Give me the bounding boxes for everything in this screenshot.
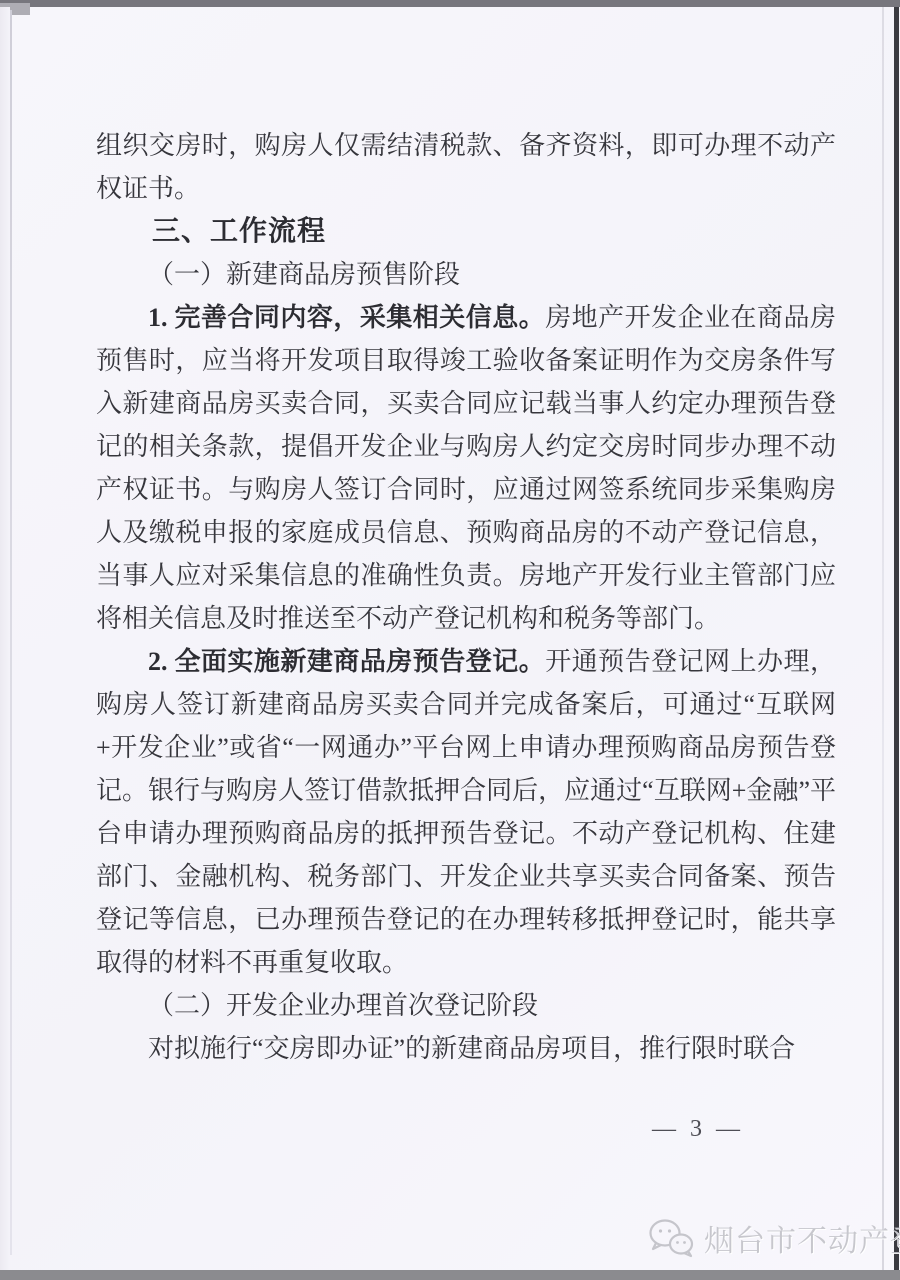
paragraph-2: 2. 全面实施新建商品房预告登记。开通预告登记网上办理，购房人签订新建商品房买卖… (96, 640, 836, 984)
paragraph-1-body: 房地产开发企业在商品房预售时，应当将开发项目取得竣工验收备案证明作为交房条件写入… (96, 303, 836, 633)
subsection-first-registration-stage: （二）开发企业办理首次登记阶段 (96, 984, 836, 1027)
intro-paragraph: 组织交房时，购房人仅需结清税款、备齐资料，即可办理不动产权证书。 (96, 124, 836, 210)
scan-right-paper-edge (882, 7, 884, 1270)
scan-right-border (894, 7, 899, 1270)
section-heading-workflow: 三、工作流程 (96, 210, 836, 253)
wechat-icon (648, 1218, 694, 1258)
scan-left-paper-edge (10, 10, 12, 1255)
wechat-watermark: 烟台市不动产登记 (648, 1216, 900, 1260)
scan-left-margin-shade (0, 7, 10, 1270)
paragraph-1-lead: 1. 完善合同内容，采集相关信息。 (148, 303, 545, 332)
watermark-text: 烟台市不动产登记 (704, 1216, 900, 1260)
paragraph-2-body: 开通预告登记网上办理，购房人签订新建商品房买卖合同并完成备案后，可通过“互联网+… (96, 647, 836, 977)
subsection-presale-stage: （一）新建商品房预售阶段 (96, 253, 836, 296)
paragraph-3: 对拟施行“交房即办证”的新建商品房项目，推行限时联合 (96, 1027, 836, 1070)
paragraph-1: 1. 完善合同内容，采集相关信息。房地产开发企业在商品房预售时，应当将开发项目取… (96, 296, 836, 640)
page-number: — 3 — (652, 1116, 744, 1143)
scan-top-border (0, 0, 900, 7)
scan-bottom-border (0, 1270, 900, 1280)
paragraph-2-lead: 2. 全面实施新建商品房预告登记。 (148, 647, 545, 676)
document-page-content: 组织交房时，购房人仅需结清税款、备齐资料，即可办理不动产权证书。 三、工作流程 … (96, 124, 836, 1070)
